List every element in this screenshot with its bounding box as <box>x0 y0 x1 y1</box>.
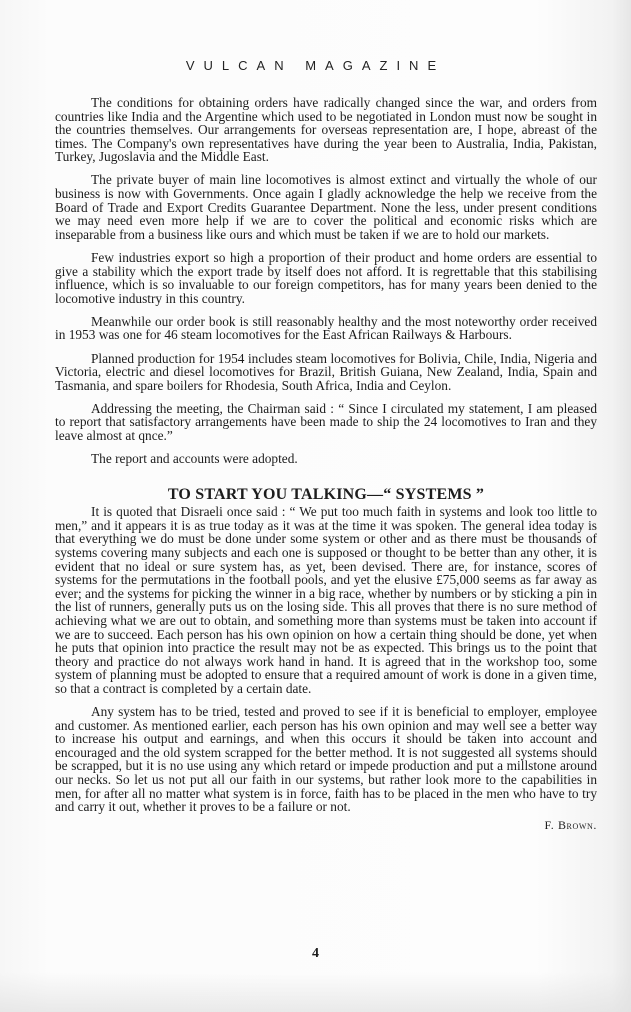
page-bottom-shadow <box>0 972 631 1012</box>
magazine-header: VULCAN MAGAZINE <box>0 58 631 73</box>
paragraph: Addressing the meeting, the Chairman sai… <box>55 402 597 443</box>
chairman-statement-article: The conditions for obtaining orders have… <box>55 96 597 466</box>
author-signature: F. Brown. <box>55 819 597 833</box>
systems-article: TO START YOU TALKING—“ SYSTEMS ” It is q… <box>55 488 597 833</box>
paragraph: The report and accounts were adopted. <box>55 452 597 466</box>
paragraph: Planned production for 1954 includes ste… <box>55 352 597 393</box>
paragraph: Meanwhile our order book is still reason… <box>55 315 597 342</box>
page-content: The conditions for obtaining orders have… <box>55 96 597 833</box>
paragraph: Few industries export so high a proporti… <box>55 251 597 305</box>
paragraph: The private buyer of main line locomotiv… <box>55 173 597 241</box>
paragraph: The conditions for obtaining orders have… <box>55 96 597 164</box>
section-heading: TO START YOU TALKING—“ SYSTEMS ” <box>55 488 597 502</box>
page-number: 4 <box>0 946 631 962</box>
author-name: F. Brown. <box>544 818 597 832</box>
paragraph: It is quoted that Disraeli once said : “… <box>55 505 597 695</box>
paragraph: Any system has to be tried, tested and p… <box>55 705 597 814</box>
